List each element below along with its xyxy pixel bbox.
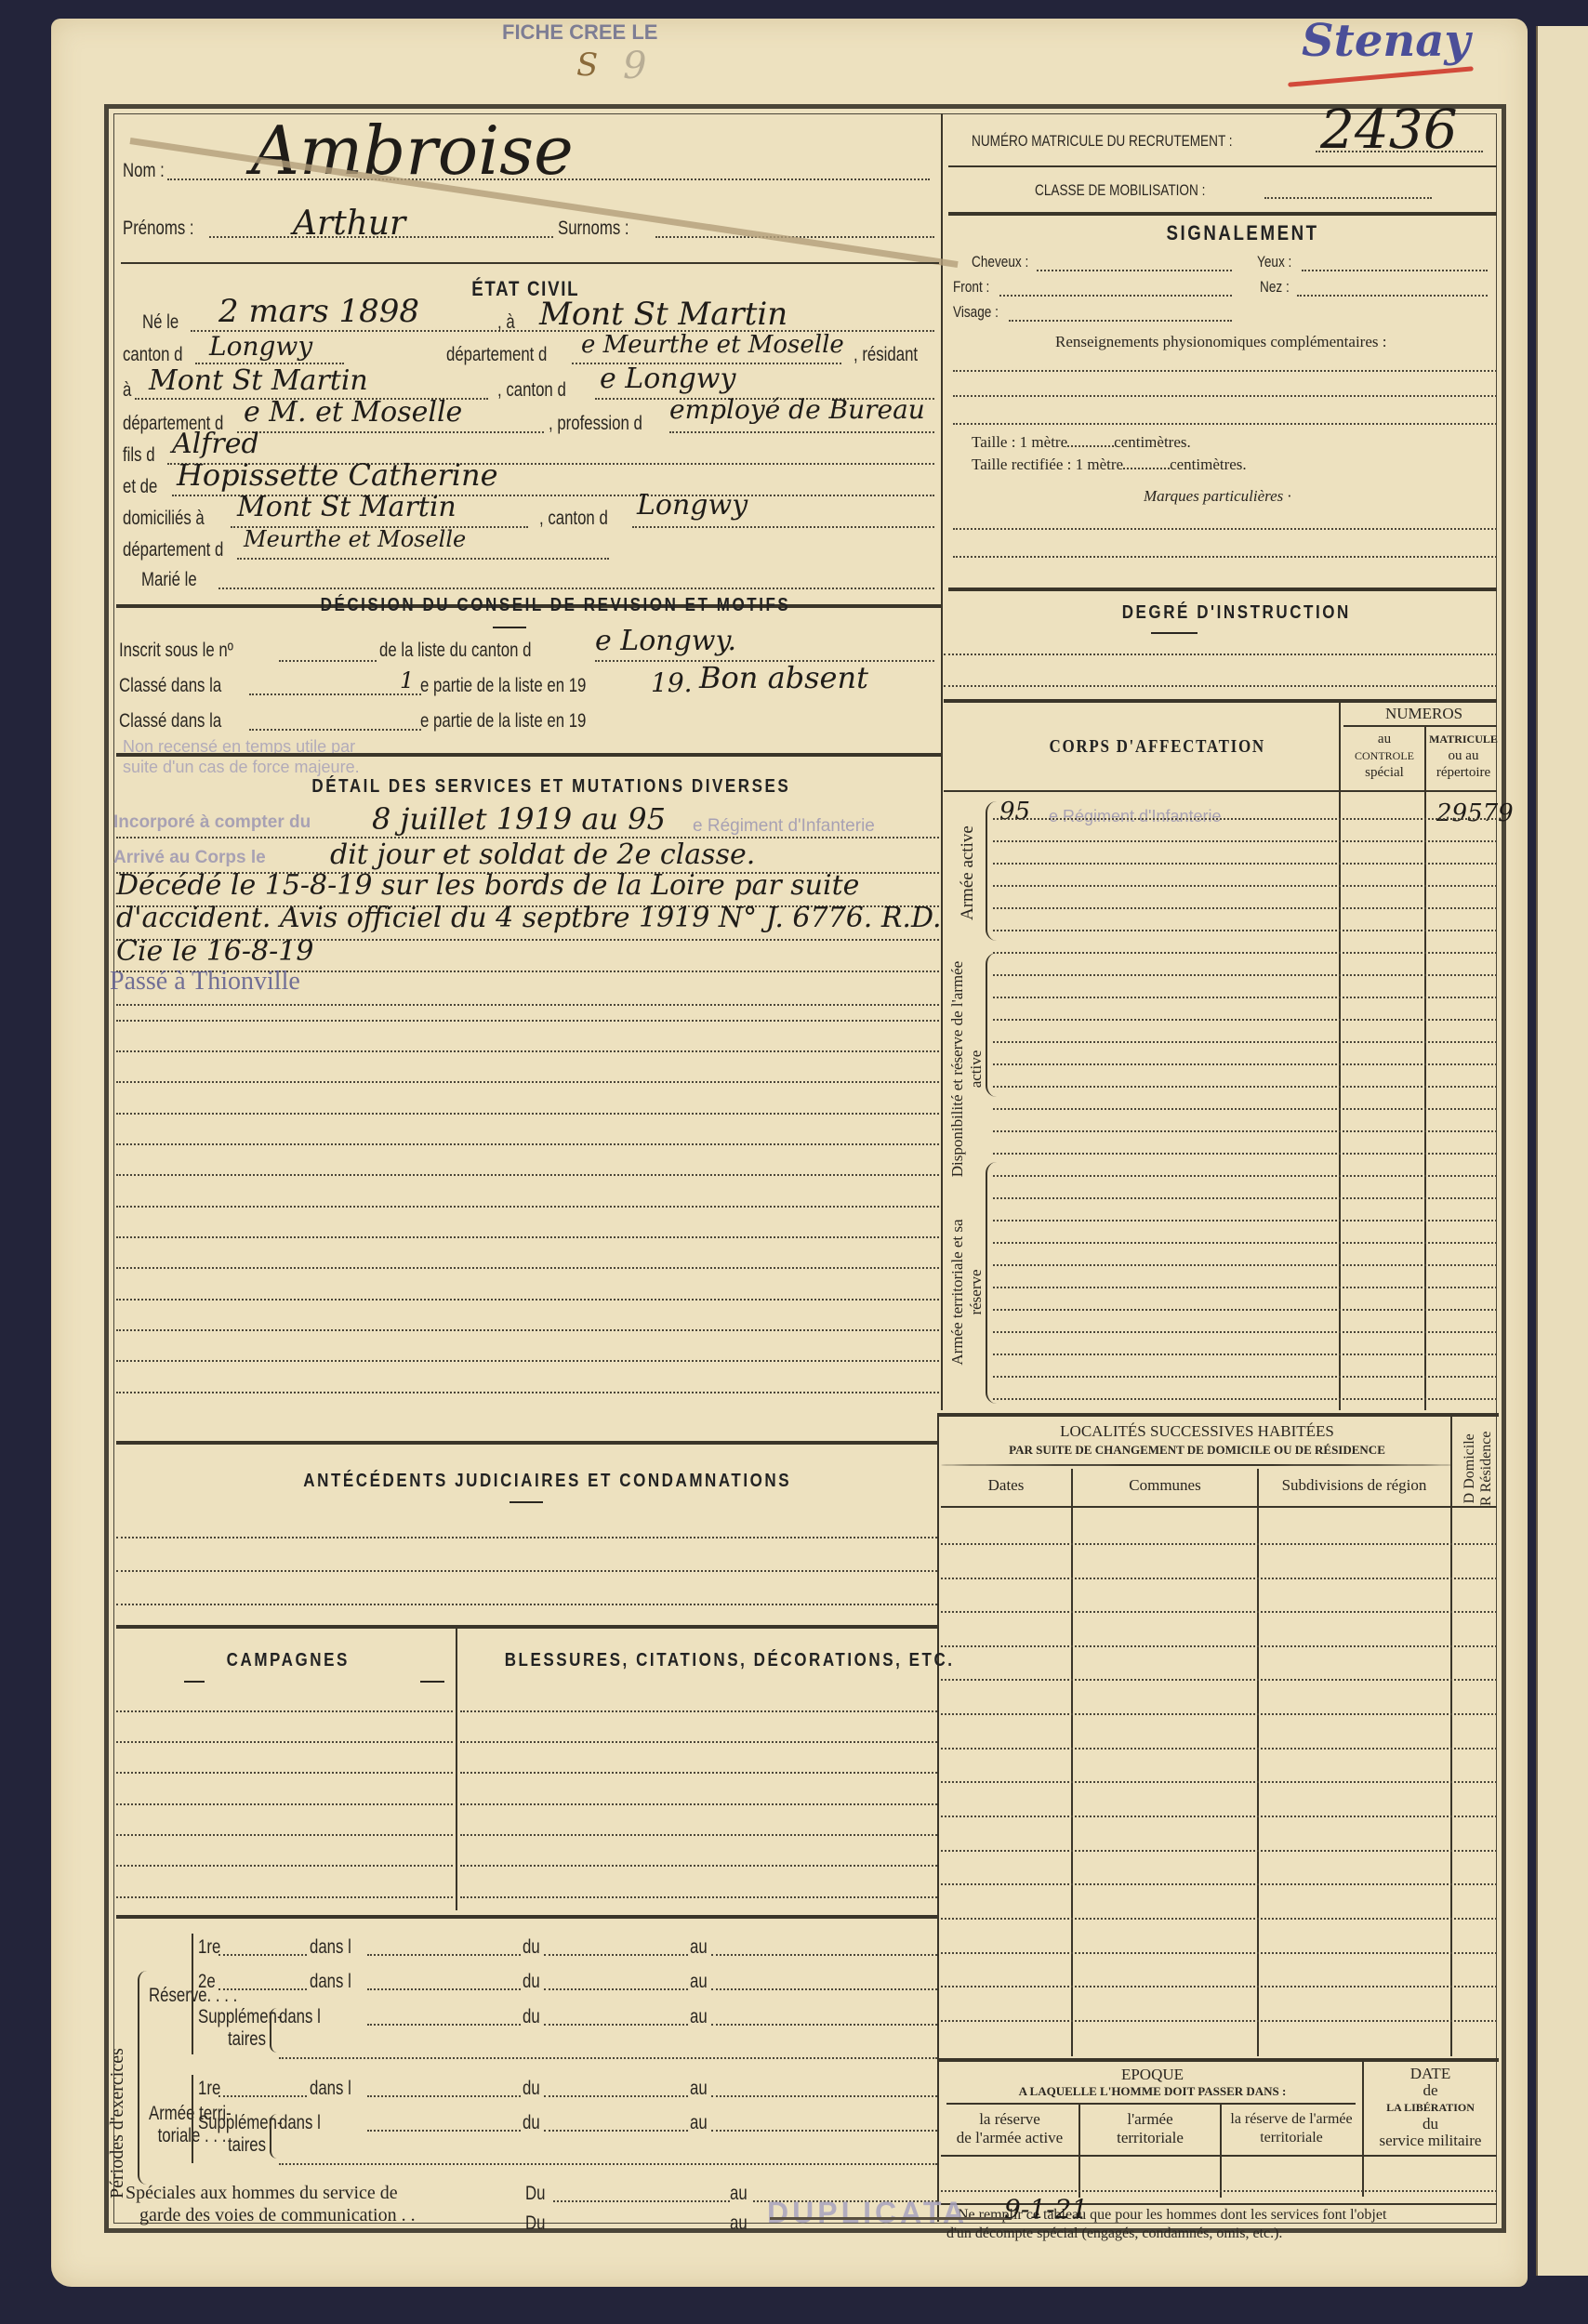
identity-divider	[121, 262, 939, 264]
epoque-header-divider	[941, 2155, 1497, 2157]
terri-supp-du-line	[544, 2130, 688, 2132]
col-domicile-line: D Domicile	[1462, 1432, 1478, 1506]
matricule-divider	[948, 165, 1497, 167]
col-matricule-line2: ou au	[1427, 747, 1500, 764]
epoque-subtitle: A LAQUELLE L'HOMME DOIT PASSER DANS :	[941, 2084, 1364, 2099]
domicilies-departement-line	[237, 558, 609, 560]
speciales-au-2-line	[753, 2230, 937, 2232]
epoque-col2-line2: territoriale	[1080, 2129, 1220, 2147]
terri-1re-dans: dans l	[310, 2078, 351, 2100]
antecedents-dash	[509, 1501, 543, 1503]
corps-row-line	[993, 907, 1497, 909]
corps-row-line	[993, 1398, 1497, 1400]
reserve-1re-au: au	[690, 1936, 708, 1959]
degre-instruction-title: DEGRÉ D'INSTRUCTION	[1122, 602, 1351, 624]
classe1-partie-line	[249, 693, 421, 695]
reserve-1re-line	[218, 1954, 307, 1956]
incorpore-stamp: Incorporé à compter du	[113, 812, 311, 833]
cheveux-line	[1037, 270, 1232, 271]
localites-row-line	[941, 1986, 1497, 1987]
passe-thionville-stamp: Passé à Thionville	[110, 967, 300, 997]
blessures-line	[460, 1741, 937, 1743]
reserve-supp-dans-line	[367, 2024, 521, 2026]
date-liberation-line2: de	[1364, 2082, 1497, 2099]
localites-row-line	[941, 1645, 1497, 1647]
corps-row-line	[993, 840, 1497, 842]
classe1-partie-value[interactable]: 1	[400, 667, 414, 693]
domicilies-departement-value[interactable]: Meurthe et Moselle	[244, 526, 466, 552]
column-divider-lower	[937, 1413, 939, 2222]
services-blank-line	[116, 1113, 939, 1115]
antecedents-title: ANTÉCÉDENTS JUDICIAIRES ET CONDAMNATIONS	[303, 1471, 791, 1492]
services-blank-line	[116, 1050, 939, 1052]
services-blank-line	[116, 1081, 939, 1083]
campagnes-bottom-divider	[116, 1915, 937, 1919]
canton-label: canton d	[123, 344, 182, 366]
epoque-col3-header: la réserve de l'armée territoriale	[1222, 2110, 1361, 2147]
pencil-mark-s: S	[576, 46, 598, 84]
renseignements-line-1	[953, 370, 1497, 372]
services-line-6	[116, 1004, 939, 1006]
reserve-supp-du: du	[523, 2006, 540, 2028]
a-label: , à	[497, 311, 515, 334]
campagnes-line	[116, 1834, 453, 1836]
profession-line	[669, 431, 934, 433]
speciales-du-2-line	[553, 2230, 730, 2232]
domicilies-label: domiciliés à	[123, 508, 205, 530]
speciales-au-2: au	[730, 2212, 748, 2235]
col-communes-header: Communes	[1073, 1476, 1257, 1495]
services-blank-line	[116, 1360, 939, 1362]
corps-row-line	[993, 997, 1497, 998]
localites-row-line	[941, 2020, 1497, 2022]
terri-supp-du: du	[523, 2112, 540, 2134]
blessures-line	[460, 1710, 937, 1712]
services-blank-line	[116, 1206, 939, 1208]
group-armee-active: Armée active	[958, 825, 978, 920]
localites-row-line	[941, 1918, 1497, 1920]
domicilies-canton-value[interactable]: Longwy	[637, 489, 748, 522]
blessures-line	[460, 1834, 937, 1836]
reserve-2e-dans: dans l	[310, 1971, 351, 1993]
domicilies-canton-line	[632, 526, 934, 528]
arrive-corps-stamp: Arrivé au Corps le	[113, 848, 266, 868]
fils-value[interactable]: Alfred	[172, 428, 259, 460]
taille-text: Taille : 1 mètre	[972, 433, 1067, 451]
terri-1re-label: 1re	[198, 2078, 220, 2100]
reserve-1re-dans: dans l	[310, 1936, 351, 1959]
prenoms-label: Prénoms :	[123, 218, 194, 240]
controle-matricule-divider	[1424, 727, 1426, 1410]
terri-1re-au-line	[711, 2095, 937, 2097]
ne-le-label: Né le	[142, 311, 179, 334]
localites-row-line	[941, 1611, 1497, 1613]
epoque-col2-header: l'armée territoriale	[1080, 2110, 1220, 2147]
taille-rectifiee-label: Taille rectifiée : 1 mètrecentimètres.	[972, 456, 1247, 474]
localites-header-divider	[941, 1506, 1497, 1508]
speciales-du-1: Du	[525, 2183, 545, 2205]
reserve-2e-au: au	[690, 1971, 708, 1993]
localites-row-line	[941, 1543, 1497, 1545]
residant-canton-label: , canton d	[497, 379, 566, 402]
instruction-divider	[944, 699, 1497, 703]
next-page-edge	[1536, 26, 1588, 2276]
yeux-label: Yeux :	[1257, 253, 1291, 271]
ne-le-value[interactable]: 2 mars 1898	[218, 293, 419, 330]
signalement-divider	[948, 588, 1497, 591]
terri-supp-au: au	[690, 2112, 708, 2134]
localites-row-line	[941, 1816, 1497, 1817]
reserve-1re-du-line	[544, 1954, 688, 1956]
corps-row-line	[993, 1220, 1497, 1221]
localites-col-divider-1	[1071, 1469, 1073, 2056]
date-liberation-line5: service militaire	[1364, 2133, 1497, 2149]
group-armee-active-brace	[986, 801, 997, 941]
armee-territoriale-brace-line	[192, 2075, 193, 2163]
fils-label: fils d	[123, 444, 155, 467]
localites-row-line	[941, 1748, 1497, 1750]
reserve-supp-au-line	[711, 2024, 937, 2026]
et-de-value[interactable]: Hopissette Catherine	[177, 457, 498, 493]
reserve-1re-dans-line	[367, 1954, 521, 1956]
campagnes-title: CAMPAGNES	[227, 1650, 350, 1671]
residant-label: , résidant	[854, 344, 918, 366]
duplicata-handwritten-date[interactable]: 9-1-21	[1004, 2194, 1088, 2225]
corps-row-line	[993, 863, 1497, 865]
renseignements-line-3	[953, 423, 1497, 425]
reserve-supp-dans: dans l	[279, 2006, 321, 2028]
epoque-note-line2: d'un décompte spécial (engagés, condamné…	[946, 2225, 1282, 2242]
front-line	[999, 295, 1232, 297]
profession-value[interactable]: employé de Bureau	[669, 394, 925, 425]
col-matricule-line3: répertoire	[1427, 764, 1500, 781]
localites-side-divider	[1450, 1415, 1452, 2056]
residant-a-value[interactable]: Mont St Martin	[149, 364, 368, 397]
decision-title: DÉCISION DU CONSEIL DE REVISION ET MOTIF…	[321, 595, 791, 616]
campagnes-line	[116, 1865, 453, 1867]
inscrit-canton-value[interactable]: e Longwy.	[595, 625, 736, 657]
corps-row-line	[993, 1287, 1497, 1288]
marques-line-1	[953, 528, 1497, 530]
terri-1re-du-line	[544, 2095, 688, 2097]
signalement-title: SIGNALEMENT	[1166, 221, 1318, 245]
domicilies-departement-label: département d	[123, 539, 223, 561]
nom-label: Nom :	[123, 160, 165, 182]
departement-label: département d	[446, 344, 547, 366]
numeros-brace	[1343, 725, 1497, 727]
col-residence-line: R Résidence	[1478, 1432, 1495, 1506]
epoque-col3-line2: territoriale	[1222, 2129, 1361, 2147]
renseignements-line-2	[953, 395, 1497, 397]
reserve-2e-du-line	[544, 1988, 688, 1990]
instruction-line-1	[944, 654, 1497, 655]
classe1-year-value[interactable]: 19.	[651, 667, 693, 698]
classe1-suffix-label: e partie de la liste en 19	[420, 675, 586, 697]
services-blank-line	[116, 1299, 939, 1301]
services-blank-line	[116, 1267, 939, 1269]
inscrit-suffix-label: de la liste du canton d	[379, 640, 531, 662]
decede-handwritten[interactable]: Décédé le 15-8-19 sur les bords de la Lo…	[116, 869, 859, 902]
reserve-1re-au-line	[711, 1954, 937, 1956]
domicilies-value[interactable]: Mont St Martin	[237, 491, 457, 523]
corps-row-line	[993, 1331, 1497, 1333]
periodes-side-label: Périodes d'exercices	[107, 2048, 128, 2199]
blessures-line	[460, 1772, 937, 1774]
campagnes-line	[116, 1772, 453, 1774]
epoque-col1-line1: la réserve	[941, 2110, 1079, 2129]
classe-mobilisation-label: CLASSE DE MOBILISATION :	[1035, 181, 1205, 200]
localites-brace	[941, 1464, 1452, 1466]
epoque-col1-line2: de l'armée active	[941, 2129, 1079, 2147]
decision-title-dash	[493, 627, 526, 628]
services-blank-line	[116, 1329, 939, 1331]
col-subdivisions-header: Subdivisions de région	[1259, 1476, 1449, 1495]
arrive-corps-handwritten[interactable]: dit jour et soldat de 2e classe.	[330, 838, 755, 871]
campagnes-blessures-divider	[456, 1629, 457, 1910]
reserve-2e-label: 2e	[198, 1971, 216, 1993]
corps-row-line	[993, 1063, 1497, 1065]
col-dates-header: Dates	[941, 1476, 1071, 1495]
classe-mobilisation-line	[1264, 197, 1432, 199]
speciales-au-1: au	[730, 2183, 748, 2205]
pencil-mark-9: 9	[623, 45, 646, 87]
col-controle-header: au CONTROLE spécial	[1348, 731, 1421, 781]
domicilies-canton-label: , canton d	[539, 508, 608, 530]
residant-departement-value[interactable]: e M. et Moselle	[244, 396, 462, 429]
non-recense-stamp-line2: suite d'un cas de force majeure.	[123, 758, 360, 777]
corps-bottom-divider	[937, 1413, 1499, 1417]
corps-row-line	[993, 1353, 1497, 1355]
lieu-naissance-value[interactable]: Mont St Martin	[539, 296, 787, 333]
services-blank-line	[116, 1236, 939, 1238]
residant-canton-value[interactable]: e Longwy	[600, 363, 735, 395]
residant-a-label: à	[123, 379, 131, 402]
classe1-label: Classé dans la	[119, 675, 221, 697]
corps-row-line	[993, 1019, 1497, 1021]
reserve-brace-line	[192, 1934, 193, 2054]
corps-row-line	[993, 1175, 1497, 1177]
prenoms-value[interactable]: Arthur	[293, 205, 405, 243]
canton-value[interactable]: Longwy	[209, 331, 312, 362]
antecedents-line-3	[116, 1604, 937, 1605]
services-title: DÉTAIL DES SERVICES ET MUTATIONS DIVERSE…	[311, 776, 790, 798]
localites-row-line	[941, 1713, 1497, 1715]
services-blank-line	[116, 1174, 939, 1176]
marie-le-line	[218, 588, 934, 589]
terri-supp-dans: dans l	[279, 2112, 321, 2134]
corps-header-divider	[944, 790, 1497, 792]
periodes-brace	[138, 1971, 147, 2185]
compagnie-handwritten[interactable]: Cie le 16-8-19	[116, 935, 313, 968]
localites-row-line	[941, 1578, 1497, 1579]
visage-label: Visage :	[953, 303, 999, 322]
duplicata-strike-line	[770, 2217, 1012, 2220]
corps-row-line	[993, 974, 1497, 976]
campagnes-line	[116, 1803, 453, 1805]
corps-row-line	[993, 1130, 1497, 1132]
corps-row-line	[993, 1376, 1497, 1378]
localites-row-line	[941, 1952, 1497, 1954]
reserve-supp-du-line	[544, 2024, 688, 2026]
epoque-col3-line1: la réserve de l'armée	[1222, 2110, 1361, 2129]
terri-1re-au: au	[690, 2078, 708, 2100]
numero-matricule-value[interactable]: 2436	[1320, 98, 1458, 161]
terri-supp-brace	[270, 2114, 277, 2159]
speciales-line2: garde des voies de communication . .	[139, 2205, 416, 2226]
reserve-supp-line-2	[279, 2057, 937, 2059]
classe-divider	[948, 212, 1497, 216]
antecedents-line-2	[116, 1570, 937, 1572]
localites-row-line	[941, 1679, 1497, 1681]
reserve-2e-au-line	[711, 1988, 937, 1990]
office-stamp-stenay: Stenay	[1302, 15, 1470, 67]
taille-unit: centimètres.	[1114, 433, 1191, 451]
terri-1re-line	[218, 2095, 307, 2097]
blessures-line	[460, 1865, 937, 1867]
taille-rectifiee-text: Taille rectifiée : 1 mètre	[972, 456, 1123, 473]
et-de-label: et de	[123, 476, 157, 498]
numeros-divider	[1339, 702, 1341, 1410]
localites-subtitle: PAR SUITE DE CHANGEMENT DE DOMICILE OU D…	[939, 1443, 1455, 1458]
corps-row-line	[993, 1108, 1497, 1110]
front-label: Front :	[953, 278, 989, 297]
marques-line-2	[953, 556, 1497, 558]
localites-row-line	[941, 1883, 1497, 1885]
reserve-2e-line	[218, 1988, 307, 1990]
profession-label: , profession d	[549, 413, 642, 435]
corps-row1-matricule[interactable]: 29579	[1436, 799, 1514, 827]
terri-supp-dans-line	[367, 2130, 521, 2132]
campagnes-line	[116, 1710, 453, 1712]
terri-supp-au-line	[711, 2130, 937, 2132]
epoque-col1-header: la réserve de l'armée active	[941, 2110, 1079, 2147]
blessures-dash	[420, 1681, 444, 1683]
corps-row1-handwritten[interactable]: 95	[999, 798, 1030, 825]
campagnes-line	[116, 1896, 453, 1898]
campagnes-line	[116, 1741, 453, 1743]
speciales-du-2: Du	[525, 2212, 545, 2235]
date-liberation-line1: DATE	[1364, 2066, 1497, 2082]
group-armee-territoriale: Armée territoriale et sa réserve	[948, 1218, 985, 1367]
speciales-line1: Spéciales aux hommes du service de	[126, 2183, 398, 2204]
epoque-value-line	[941, 2190, 1497, 2192]
classe2-suffix-label: e partie de la liste en 19	[420, 710, 586, 733]
blessures-line	[460, 1896, 937, 1898]
incorpore-handwritten[interactable]: 8 juillet 1919 au 95	[372, 801, 666, 837]
localites-bottom-divider	[937, 2058, 1499, 2062]
reserve-1re-du: du	[523, 1936, 540, 1959]
corps-row-line	[993, 1197, 1497, 1199]
corps-row1-regiment-stamp: e Régiment d'Infanterie	[1049, 807, 1222, 826]
col-matricule-header: MATRICULE ou au répertoire	[1427, 731, 1500, 781]
form-inner-frame	[113, 113, 1497, 2224]
numero-matricule-label: NUMÉRO MATRICULE DU RECRUTEMENT :	[972, 132, 1233, 151]
residant-departement-line	[237, 431, 544, 433]
col-domicile-residence-header: D Domicile R Résidence	[1462, 1432, 1495, 1506]
corps-row-line	[993, 885, 1497, 887]
fiche-creee-stamp: FICHE CREE LE	[502, 20, 657, 45]
regiment-stamp: e Régiment d'Infanterie	[693, 816, 875, 837]
avis-officiel-handwritten[interactable]: d'accident. Avis officiel du 4 septbre 1…	[116, 902, 942, 934]
campagnes-dash	[184, 1681, 205, 1683]
numeros-header: NUMEROS	[1385, 705, 1462, 723]
corps-row-line	[993, 930, 1497, 931]
antecedents-line-1	[116, 1537, 937, 1538]
marques-particulieres-label: Marques particulières ·	[1144, 487, 1291, 506]
localites-col-divider-2	[1257, 1469, 1259, 2056]
localites-row-line	[941, 1781, 1497, 1783]
taille-rectifiee-unit: centimètres.	[1170, 456, 1247, 473]
surnoms-label: Surnoms :	[558, 218, 629, 240]
epoque-title: EPOQUE	[941, 2066, 1364, 2084]
blessures-title: BLESSURES, CITATIONS, DÉCORATIONS, ETC.	[505, 1650, 955, 1671]
classe2-label: Classé dans la	[119, 710, 221, 733]
speciales-du-1-line	[553, 2200, 730, 2202]
reserve-2e-dans-line	[367, 1988, 521, 1990]
inscrit-label: Inscrit sous le nº	[119, 640, 233, 662]
corps-row-line	[993, 818, 1497, 820]
terri-supp-line-2	[279, 2163, 937, 2165]
terri-1re-du: du	[523, 2078, 540, 2100]
epoque-brace	[946, 2103, 1356, 2105]
epoque-col2-line1: l'armée	[1080, 2110, 1220, 2129]
localites-title: LOCALITÉS SUCCESSIVES HABITÉES	[939, 1422, 1455, 1441]
corps-row-line	[993, 1264, 1497, 1266]
date-liberation-line3: LA LIBÉRATION	[1364, 2099, 1497, 2116]
column-divider	[941, 113, 943, 1410]
date-liberation-line4: du	[1364, 2116, 1497, 2133]
visage-line	[1009, 320, 1232, 322]
renseignements-label: Renseignements physionomiques complément…	[1055, 333, 1386, 351]
nom-value[interactable]: Ambroise	[251, 112, 574, 190]
blessures-line	[460, 1803, 937, 1805]
group-disponibilite: Disponibilité et réserve de l'armée acti…	[948, 957, 985, 1181]
yeux-line	[1302, 270, 1488, 271]
services-blank-line	[116, 1020, 939, 1022]
date-liberation-header: DATE de LA LIBÉRATION du service militai…	[1364, 2066, 1497, 2149]
corps-row-line	[993, 1153, 1497, 1155]
reserve-supp-au: au	[690, 2006, 708, 2028]
classe1-motif-value[interactable]: Bon absent	[699, 660, 868, 695]
terri-1re-dans-line	[367, 2095, 521, 2097]
col-matricule-line1: MATRICULE	[1427, 731, 1500, 747]
corps-row-line	[993, 1309, 1497, 1311]
col-controle-line1: au	[1348, 731, 1421, 747]
corps-row-line	[993, 1086, 1497, 1088]
services-blank-line	[116, 1392, 939, 1393]
taille-label: Taille : 1 mètrecentimètres.	[972, 433, 1191, 452]
degre-instruction-dash	[1151, 632, 1198, 634]
nez-label: Nez :	[1260, 278, 1290, 297]
decision-divider	[116, 753, 941, 757]
col-controle-line2: CONTROLE	[1348, 747, 1421, 764]
reserve-1re-label: 1re	[198, 1936, 220, 1959]
reserve-2e-du: du	[523, 1971, 540, 1993]
departement-value[interactable]: e Meurthe et Moselle	[581, 331, 844, 359]
marie-le-label: Marié le	[141, 569, 197, 591]
reserve-supp-brace	[270, 2008, 277, 2053]
inscrit-numero-line	[279, 660, 377, 662]
services-divider	[116, 1441, 937, 1445]
nez-line	[1297, 295, 1488, 297]
localites-row-line	[941, 1850, 1497, 1852]
duplicata-stamp: DUPLICATA	[767, 2196, 968, 2230]
antecedents-divider	[116, 1625, 937, 1629]
services-blank-line	[116, 1143, 939, 1145]
corps-row-line	[993, 952, 1497, 954]
corps-row-line	[993, 1041, 1497, 1043]
instruction-line-2	[944, 685, 1497, 687]
